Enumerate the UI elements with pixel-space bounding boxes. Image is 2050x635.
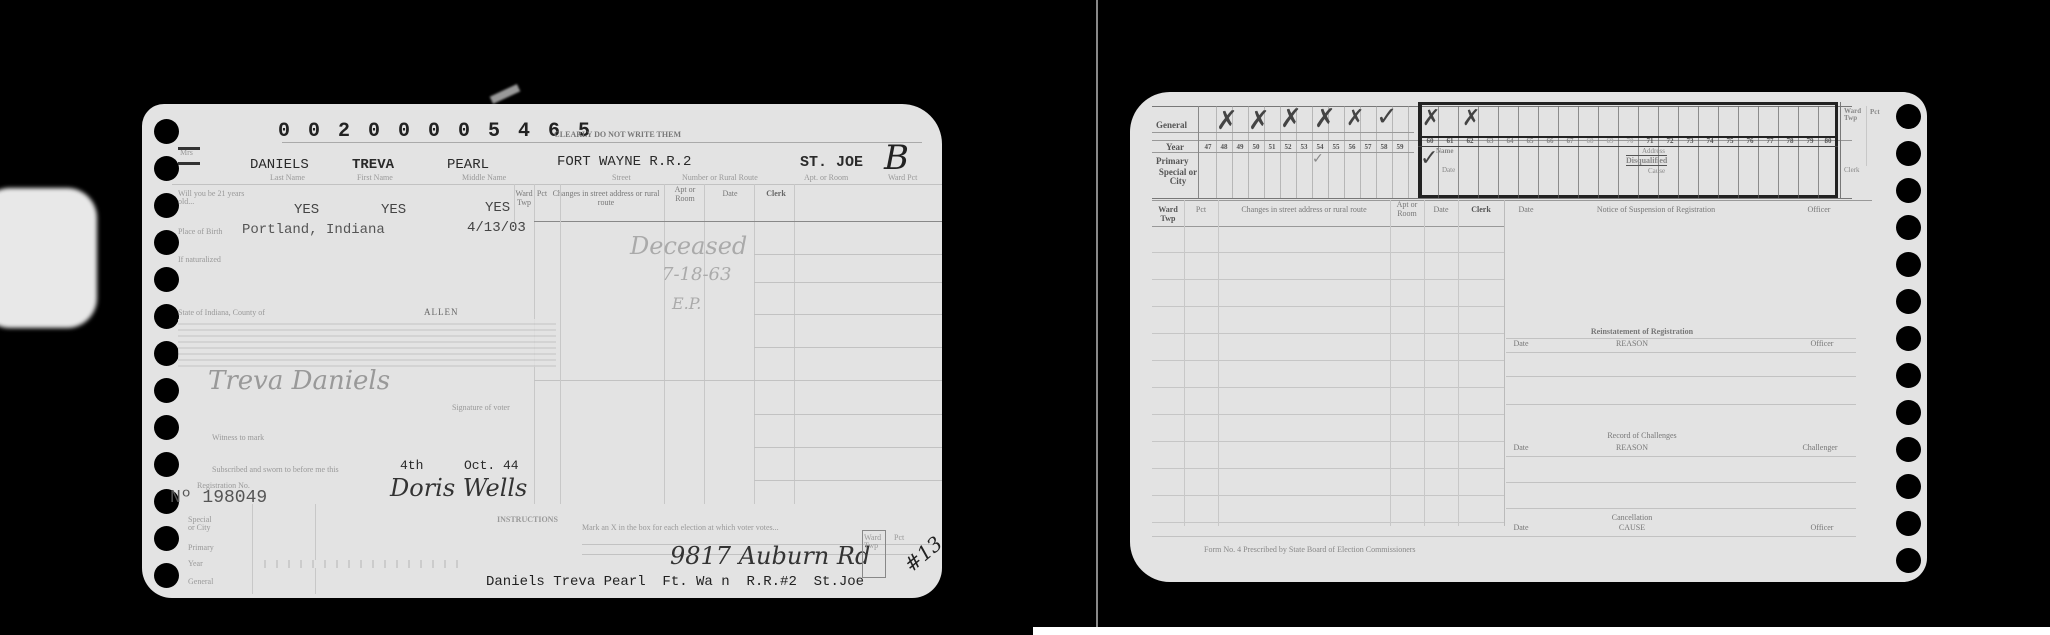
general-vote-mark-56: ✗ xyxy=(1346,108,1364,130)
row-label-year: Year xyxy=(1166,142,1184,152)
bottom-label-general: General xyxy=(188,578,213,586)
label-ward-pct: Ward Pct xyxy=(888,174,917,182)
serial-number: 0 0 2 0 0 0 0 5 4 6 5 xyxy=(278,120,593,143)
label-place-of-birth: Place of Birth xyxy=(178,228,228,236)
county: ALLEN xyxy=(424,307,459,317)
general-vote-mark-48: ✗ xyxy=(1216,108,1238,134)
handwritten-address: 9817 Auburn Rd xyxy=(670,542,870,570)
inner-label-address: Address xyxy=(1642,147,1665,155)
birthplace: Portland, Indiana xyxy=(242,222,385,238)
challenges-challenger-label: Challenger xyxy=(1792,444,1848,453)
registration-card-back: General Year Primary Special or City 47 … xyxy=(1130,92,1927,582)
ward-twp-header: Ward Twp xyxy=(1844,108,1866,122)
oath-text-block xyxy=(178,319,556,367)
title-marker-2 xyxy=(178,162,200,165)
first-name: TREVA xyxy=(352,157,394,173)
front-table-header-clerk: Clerk xyxy=(758,190,794,199)
answer-2: YES xyxy=(381,202,406,218)
label-if-naturalized: If naturalized xyxy=(178,256,238,264)
general-vote-mark-60: ✗ xyxy=(1422,108,1440,130)
label-subscribed: Subscribed and sworn to before me this xyxy=(212,466,339,474)
registration-card-front: 0 0 2 0 0 0 0 5 4 6 5 CLEARLY DO NOT WRI… xyxy=(142,104,942,598)
header-changes: Changes in street address or rural route xyxy=(1218,206,1390,215)
label-middle-name: Middle Name xyxy=(462,174,506,182)
header-clerk: Clerk xyxy=(1458,206,1504,215)
instructions-heading: INSTRUCTIONS xyxy=(497,516,558,524)
frame-divider xyxy=(1096,0,1098,627)
middle-name: PEARL xyxy=(447,157,489,173)
right-col-lines xyxy=(1438,106,1838,198)
title-prefix: Mrs xyxy=(180,149,193,157)
index-line: Daniels Treva Pearl Ft. Wa n R.R.#2 St.J… xyxy=(486,574,864,590)
challenges-date-label: Date xyxy=(1506,444,1536,453)
bottom-ward-box xyxy=(862,530,886,578)
label-first-name: First Name xyxy=(357,174,393,182)
label-last-name: Last Name xyxy=(270,174,305,182)
reinstatement-date-label: Date xyxy=(1506,340,1536,349)
title-marker xyxy=(178,147,200,150)
label-number-route: Number or Rural Route xyxy=(682,174,758,182)
header-apt-room: Apt or Room xyxy=(1390,201,1424,219)
label-street: Street xyxy=(612,174,631,182)
front-table-header-ward: Ward Twp xyxy=(514,190,534,208)
deceased-note: Deceased xyxy=(630,232,747,260)
label-signature: Signature of voter xyxy=(452,404,510,412)
sworn-day: 4th xyxy=(400,458,423,473)
deceased-initials: E.P. xyxy=(672,294,701,313)
front-table-header-changes: Changes in street address or rural route xyxy=(547,190,665,208)
suspension-title: Notice of Suspension of Registration xyxy=(1546,206,1766,215)
corner-mark: #13 xyxy=(899,531,947,577)
general-vote-mark-52: ✗ xyxy=(1280,106,1302,132)
general-vote-mark-58: ✓ xyxy=(1376,104,1398,130)
cancellation-officer-label: Officer xyxy=(1802,524,1842,533)
reinstatement-reason-label: REASON xyxy=(1592,340,1672,349)
paper-clip-fragment xyxy=(490,84,521,104)
general-vote-mark-54: ✗ xyxy=(1314,106,1336,132)
clerk-label: Clerk xyxy=(1844,166,1860,174)
bottom-year-strip xyxy=(254,560,464,568)
change-table: Ward Twp Pct Changes in street address o… xyxy=(1152,200,1872,580)
row-label-general: General xyxy=(1156,120,1187,130)
inner-label-disqualified: Disqualified xyxy=(1626,155,1667,166)
answer-3: YES xyxy=(485,200,510,216)
pct-header: Pct xyxy=(1870,108,1880,116)
suspension-officer-label: Officer xyxy=(1784,206,1854,215)
official-signature: Doris Wells xyxy=(390,474,527,502)
front-table-header-date: Date xyxy=(710,190,750,199)
suspension-date-label: Date xyxy=(1506,206,1546,215)
row-label-special: Special or City xyxy=(1158,168,1198,186)
inner-label-name: Name xyxy=(1436,147,1454,155)
voting-record-grid: General Year Primary Special or City 47 … xyxy=(1152,106,1872,198)
bottom-label-primary: Primary xyxy=(188,544,214,552)
primary-vote-mark-54: ✓ xyxy=(1312,152,1324,166)
birth-date: 4/13/03 xyxy=(467,220,526,236)
bottom-label-special: Special or City xyxy=(188,516,218,533)
header-ward-twp: Ward Twp xyxy=(1152,206,1184,224)
cancellation-title: Cancellation xyxy=(1592,514,1672,523)
front-table-header-apt: Apt or Room xyxy=(666,186,704,204)
question-label: Will you be 21 years old... xyxy=(178,190,258,207)
header-date: Date xyxy=(1424,206,1458,215)
row-label-primary: Primary xyxy=(1156,156,1188,166)
general-vote-mark-62: ✗ xyxy=(1462,108,1480,130)
oath-heading: State of Indiana, County of xyxy=(178,309,265,317)
cancellation-date-label: Date xyxy=(1506,524,1536,533)
inner-label-cause: Cause xyxy=(1648,167,1665,175)
deceased-date: 7-18-63 xyxy=(662,264,731,285)
answer-1: YES xyxy=(294,202,319,218)
form-footer: Form No. 4 Prescribed by State Board of … xyxy=(1204,546,1416,554)
voter-signature: Treva Daniels xyxy=(208,366,390,396)
reinstatement-officer-label: Officer xyxy=(1802,340,1842,349)
reinstatement-title: Reinstatement of Registration xyxy=(1552,328,1732,337)
cancellation-cause-label: CAUSE xyxy=(1592,524,1672,533)
bottom-strip xyxy=(1033,627,2050,635)
label-witness: Witness to mark xyxy=(212,434,264,442)
inner-label-date: Date xyxy=(1442,166,1455,174)
street-address: FORT WAYNE R.R.2 xyxy=(557,154,691,170)
header-pct: Pct xyxy=(1184,206,1218,215)
bottom-label-year: Year xyxy=(188,560,203,568)
township: ST. JOE xyxy=(800,154,863,171)
general-vote-mark-50: ✗ xyxy=(1248,108,1270,134)
sworn-month-year: Oct. 44 xyxy=(464,458,519,473)
change-rows xyxy=(1152,226,1504,526)
blurred-card-fragment xyxy=(0,188,97,328)
bottom-pct: Pct xyxy=(894,534,904,542)
last-name: DANIELS xyxy=(250,157,309,173)
challenges-title: Record of Challenges xyxy=(1572,432,1712,441)
label-apt-room: Apt. or Room xyxy=(804,174,848,182)
precinct-letter: B xyxy=(884,138,909,178)
header-instruction: CLEARLY DO NOT WRITE THEM xyxy=(554,130,681,139)
challenges-reason-label: REASON xyxy=(1592,444,1672,453)
